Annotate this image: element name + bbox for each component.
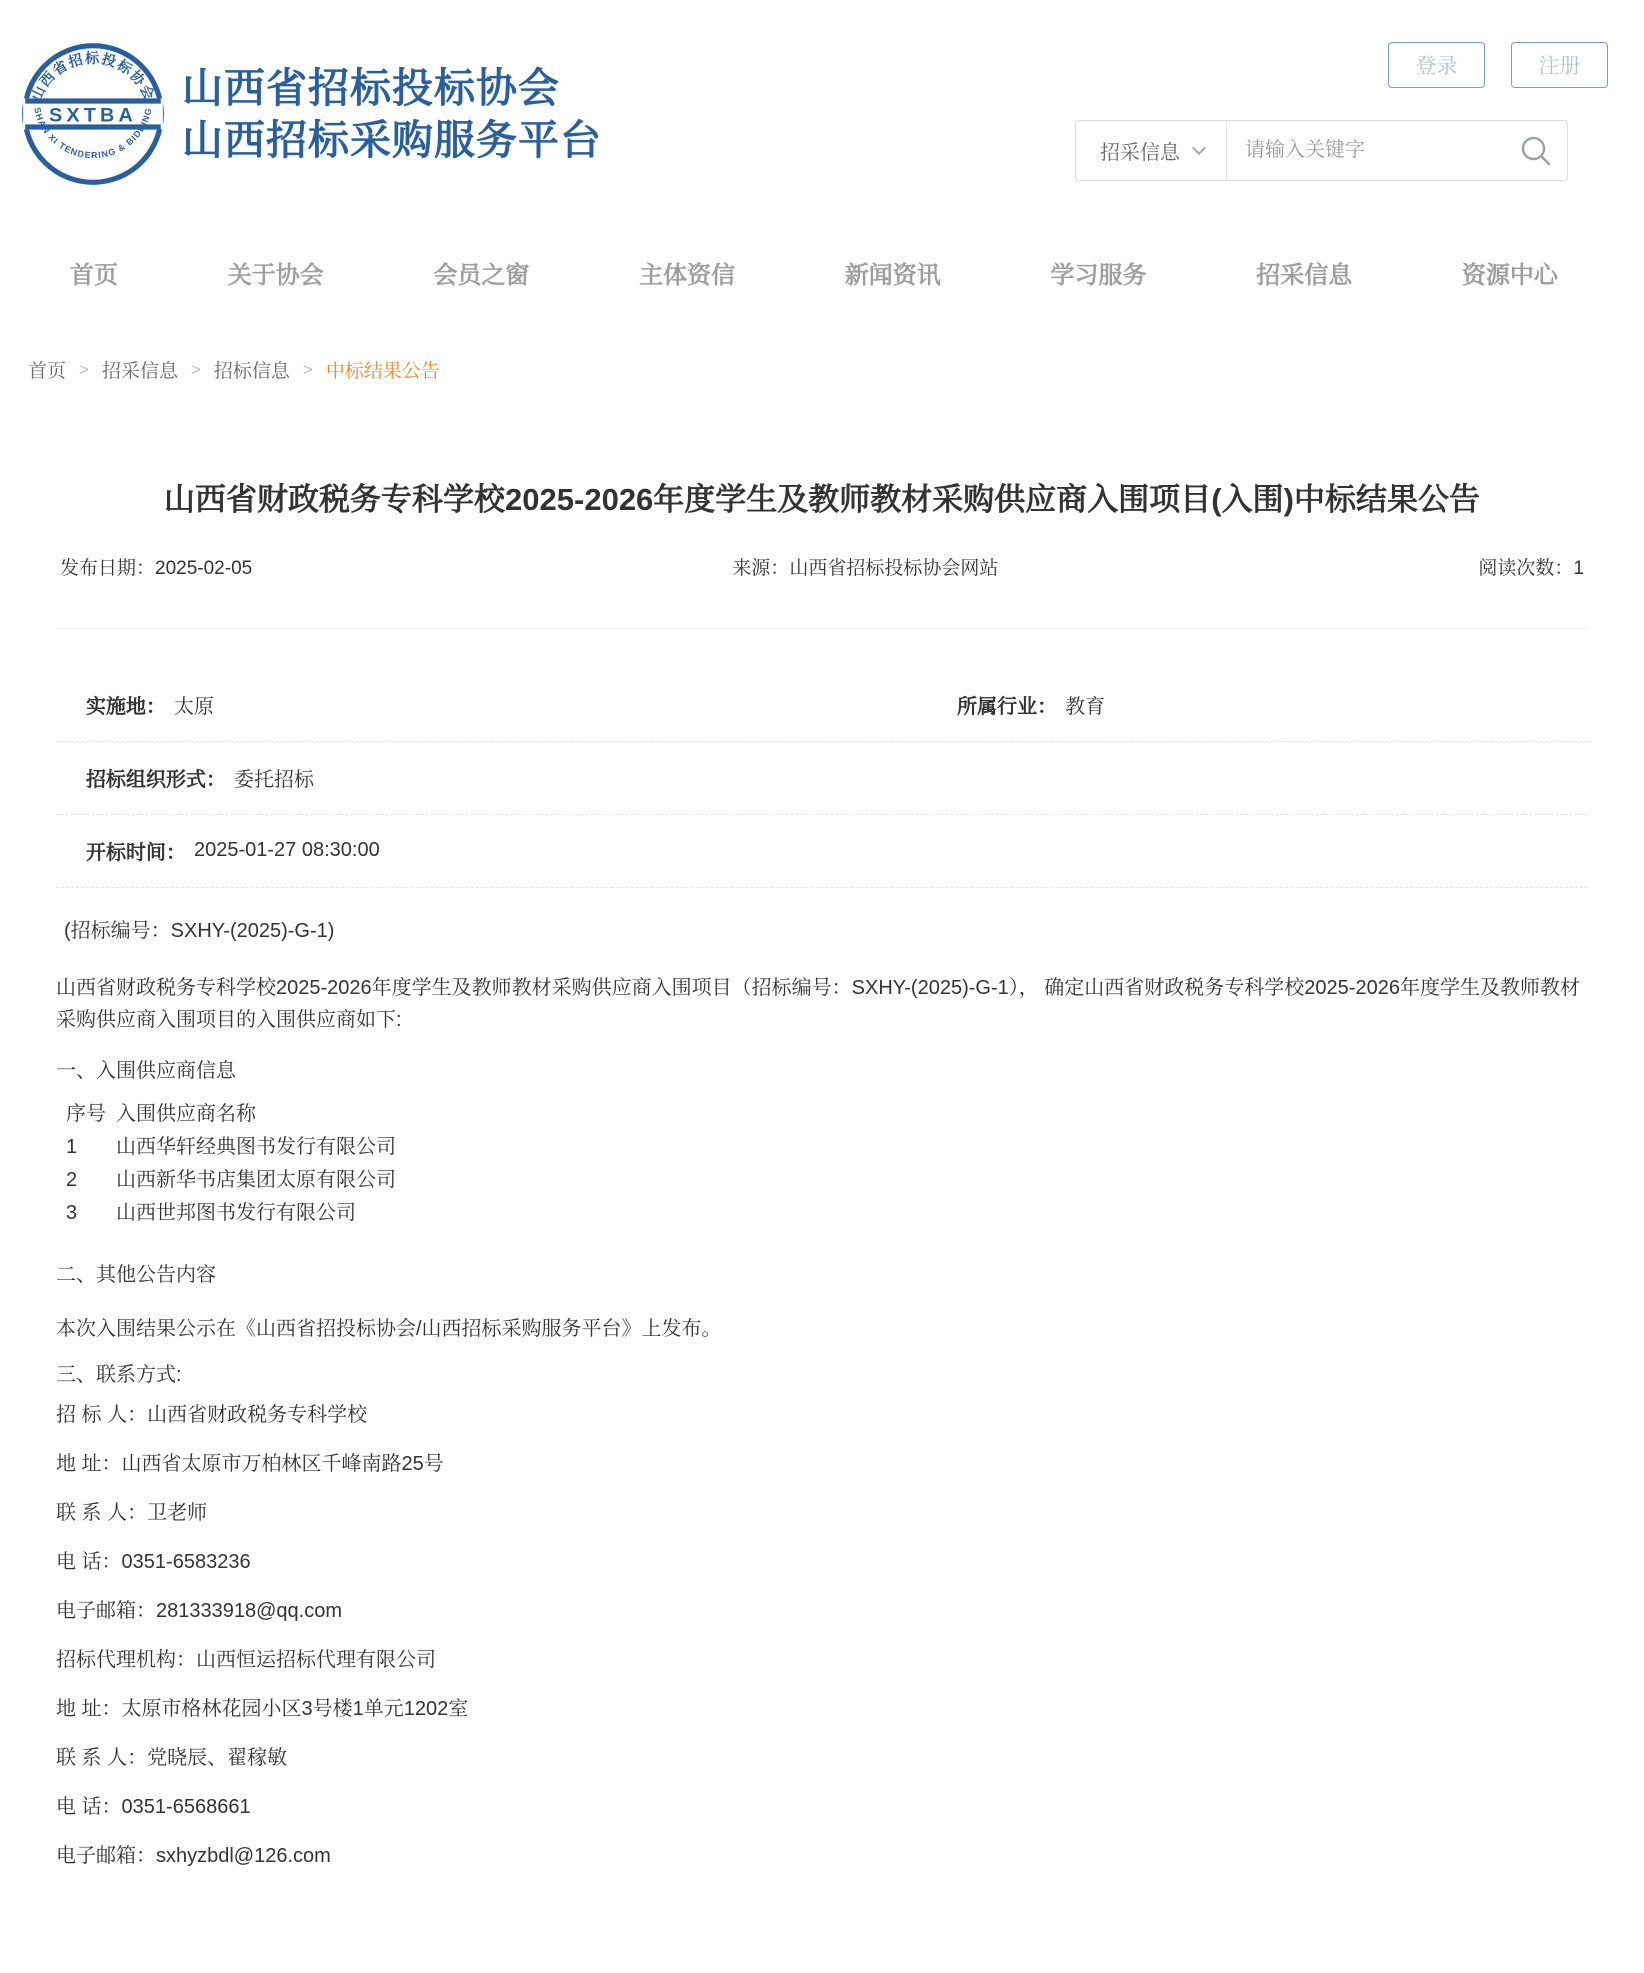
contact-line-agency-person: 联 系 人：党晓辰、翟稼敏 (56, 1747, 1588, 1769)
view-count-label: 阅读次数： (1478, 558, 1573, 579)
article-content: 山西省财政税务专科学校2025-2026年度学生及教师教材采购供应商入围项目(入… (0, 478, 1644, 1867)
supplier-header-name: 入围供应商名称 (116, 1098, 256, 1131)
search-category-dropdown[interactable]: 招采信息 (1076, 136, 1226, 165)
breadcrumb-tendering-info[interactable]: 招采信息 (102, 356, 178, 383)
supplier-name: 山西华轩经典图书发行有限公司 (116, 1131, 396, 1164)
intro-paragraph: 山西省财政税务专科学校2025-2026年度学生及教师教材采购供应商入围项目（招… (56, 972, 1588, 1036)
contact-line-person: 联 系 人：卫老师 (56, 1502, 1588, 1524)
supplier-row: 3 山西世邦图书发行有限公司 (66, 1197, 1588, 1230)
association-seal-logo-icon: 山西省招标投标协会 SXTBA SHAN XI TENDERING & BIDD… (20, 41, 166, 187)
search-category-label: 招采信息 (1100, 136, 1180, 165)
site-header: 山西省招标投标协会 SXTBA SHAN XI TENDERING & BIDD… (0, 0, 1644, 200)
breadcrumb-bid-info[interactable]: 招标信息 (214, 356, 290, 383)
field-industry: 所属行业： 教育 (957, 690, 1105, 719)
nav-item-news[interactable]: 新闻资讯 (845, 255, 941, 290)
login-button[interactable]: 登录 (1388, 42, 1485, 88)
section-heading-other: 二、其他公告内容 (56, 1260, 1588, 1290)
source-label: 来源： (732, 558, 789, 579)
auth-buttons: 登录 注册 (1388, 42, 1608, 88)
contact-line-phone: 电 话：0351-6583236 (56, 1551, 1588, 1573)
field-open-time-value: 2025-01-27 08:30:00 (194, 839, 380, 862)
field-location-label: 实施地： (86, 690, 166, 719)
supplier-table-header: 序号 入围供应商名称 (66, 1098, 1588, 1131)
field-row-location-industry: 实施地： 太原 所属行业： 教育 (56, 669, 1588, 742)
supplier-no: 2 (66, 1164, 116, 1197)
info-fields: 实施地： 太原 所属行业： 教育 招标组织形式： 委托招标 开标时间： 2025… (56, 669, 1588, 888)
contact-line-agency-phone: 电 话：0351-6568661 (56, 1796, 1588, 1818)
field-open-time: 开标时间： 2025-01-27 08:30:00 (86, 836, 380, 865)
section-heading-suppliers: 一、入围供应商信息 (56, 1056, 1588, 1086)
notice-paragraph: 本次入围结果公示在《山西省招投标协会/山西招标采购服务平台》上发布。 (56, 1314, 1588, 1344)
publish-date-label: 发布日期： (60, 558, 155, 579)
logo-abbr-text: SXTBA (49, 104, 137, 126)
nav-item-home[interactable]: 首页 (70, 255, 118, 290)
field-location-value: 太原 (174, 690, 214, 719)
contact-line-agency: 招标代理机构：山西恒运招标代理有限公司 (56, 1649, 1588, 1671)
nav-item-resources[interactable]: 资源中心 (1462, 255, 1558, 290)
contact-line-email: 电子邮箱：281333918@qq.com (56, 1600, 1588, 1622)
section-heading-contact: 三、联系方式: (56, 1360, 1588, 1390)
nav-item-members[interactable]: 会员之窗 (433, 255, 529, 290)
view-count-value: 1 (1573, 558, 1584, 579)
search-button[interactable] (1505, 134, 1567, 168)
supplier-name: 山西世邦图书发行有限公司 (116, 1197, 356, 1230)
register-button[interactable]: 注册 (1511, 42, 1608, 88)
search-icon (1519, 134, 1553, 168)
header-right: 登录 注册 招采信息 (1075, 28, 1608, 200)
breadcrumb-separator-icon: > (191, 360, 201, 380)
field-location: 实施地： 太原 (86, 690, 957, 719)
search-bar: 招采信息 (1075, 120, 1568, 181)
supplier-name: 山西新华书店集团太原有限公司 (116, 1164, 396, 1197)
search-input[interactable] (1227, 139, 1505, 162)
breadcrumb-separator-icon: > (303, 360, 313, 380)
meta-divider (56, 628, 1588, 629)
nav-item-tendering[interactable]: 招采信息 (1256, 255, 1352, 290)
nav-item-about[interactable]: 关于协会 (228, 255, 324, 290)
field-industry-value: 教育 (1065, 690, 1105, 719)
publish-date-value: 2025-02-05 (155, 558, 252, 579)
site-title-line1: 山西省招标投标协会 (182, 62, 602, 114)
chevron-down-icon (1192, 141, 1206, 155)
contact-line-address: 地 址：山西省太原市万柏林区千峰南路25号 (56, 1453, 1588, 1475)
nav-item-learning[interactable]: 学习服务 (1051, 255, 1147, 290)
source: 来源：山西省招标投标协会网站 (732, 553, 998, 580)
article-meta: 发布日期：2025-02-05 来源：山西省招标投标协会网站 阅读次数：1 (56, 553, 1588, 580)
tender-number-line: (招标编号：SXHY-(2025)-G-1) (56, 916, 1588, 946)
contact-info: 招 标 人：山西省财政税务专科学校 地 址：山西省太原市万柏林区千峰南路25号 … (56, 1404, 1588, 1867)
brand[interactable]: 山西省招标投标协会 SXTBA SHAN XI TENDERING & BIDD… (20, 28, 602, 200)
contact-line-tenderer: 招 标 人：山西省财政税务专科学校 (56, 1404, 1588, 1426)
field-row-org-form: 招标组织形式： 委托招标 (56, 742, 1588, 815)
article-title: 山西省财政税务专科学校2025-2026年度学生及教师教材采购供应商入围项目(入… (76, 478, 1568, 523)
site-title: 山西省招标投标协会 山西招标采购服务平台 (182, 62, 602, 167)
supplier-table: 序号 入围供应商名称 1 山西华轩经典图书发行有限公司 2 山西新华书店集团太原… (56, 1098, 1588, 1230)
field-industry-label: 所属行业： (957, 690, 1057, 719)
field-org-form-value: 委托招标 (234, 763, 314, 792)
main-nav: 首页 关于协会 会员之窗 主体资信 新闻资讯 学习服务 招采信息 资源中心 (0, 200, 1644, 316)
breadcrumb-home[interactable]: 首页 (28, 356, 66, 383)
breadcrumb: 首页 > 招采信息 > 招标信息 > 中标结果公告 (0, 356, 1644, 383)
article-body: (招标编号：SXHY-(2025)-G-1) 山西省财政税务专科学校2025-2… (56, 916, 1588, 1867)
source-value: 山西省招标投标协会网站 (789, 558, 998, 579)
field-row-open-time: 开标时间： 2025-01-27 08:30:00 (56, 815, 1588, 888)
view-count: 阅读次数：1 (1478, 553, 1584, 580)
publish-date: 发布日期：2025-02-05 (60, 553, 252, 580)
supplier-no: 1 (66, 1131, 116, 1164)
field-org-form-label: 招标组织形式： (86, 763, 226, 792)
nav-item-credit[interactable]: 主体资信 (639, 255, 735, 290)
field-open-time-label: 开标时间： (86, 836, 186, 865)
supplier-row: 2 山西新华书店集团太原有限公司 (66, 1164, 1588, 1197)
field-org-form: 招标组织形式： 委托招标 (86, 763, 314, 792)
contact-line-agency-email: 电子邮箱：sxhyzbdl@126.com (56, 1845, 1588, 1867)
breadcrumb-current: 中标结果公告 (326, 356, 440, 383)
contact-line-agency-address: 地 址：太原市格林花园小区3号楼1单元1202室 (56, 1698, 1588, 1720)
site-title-line2: 山西招标采购服务平台 (182, 114, 602, 166)
supplier-no: 3 (66, 1197, 116, 1230)
supplier-header-no: 序号 (66, 1098, 116, 1131)
breadcrumb-separator-icon: > (79, 360, 89, 380)
supplier-row: 1 山西华轩经典图书发行有限公司 (66, 1131, 1588, 1164)
